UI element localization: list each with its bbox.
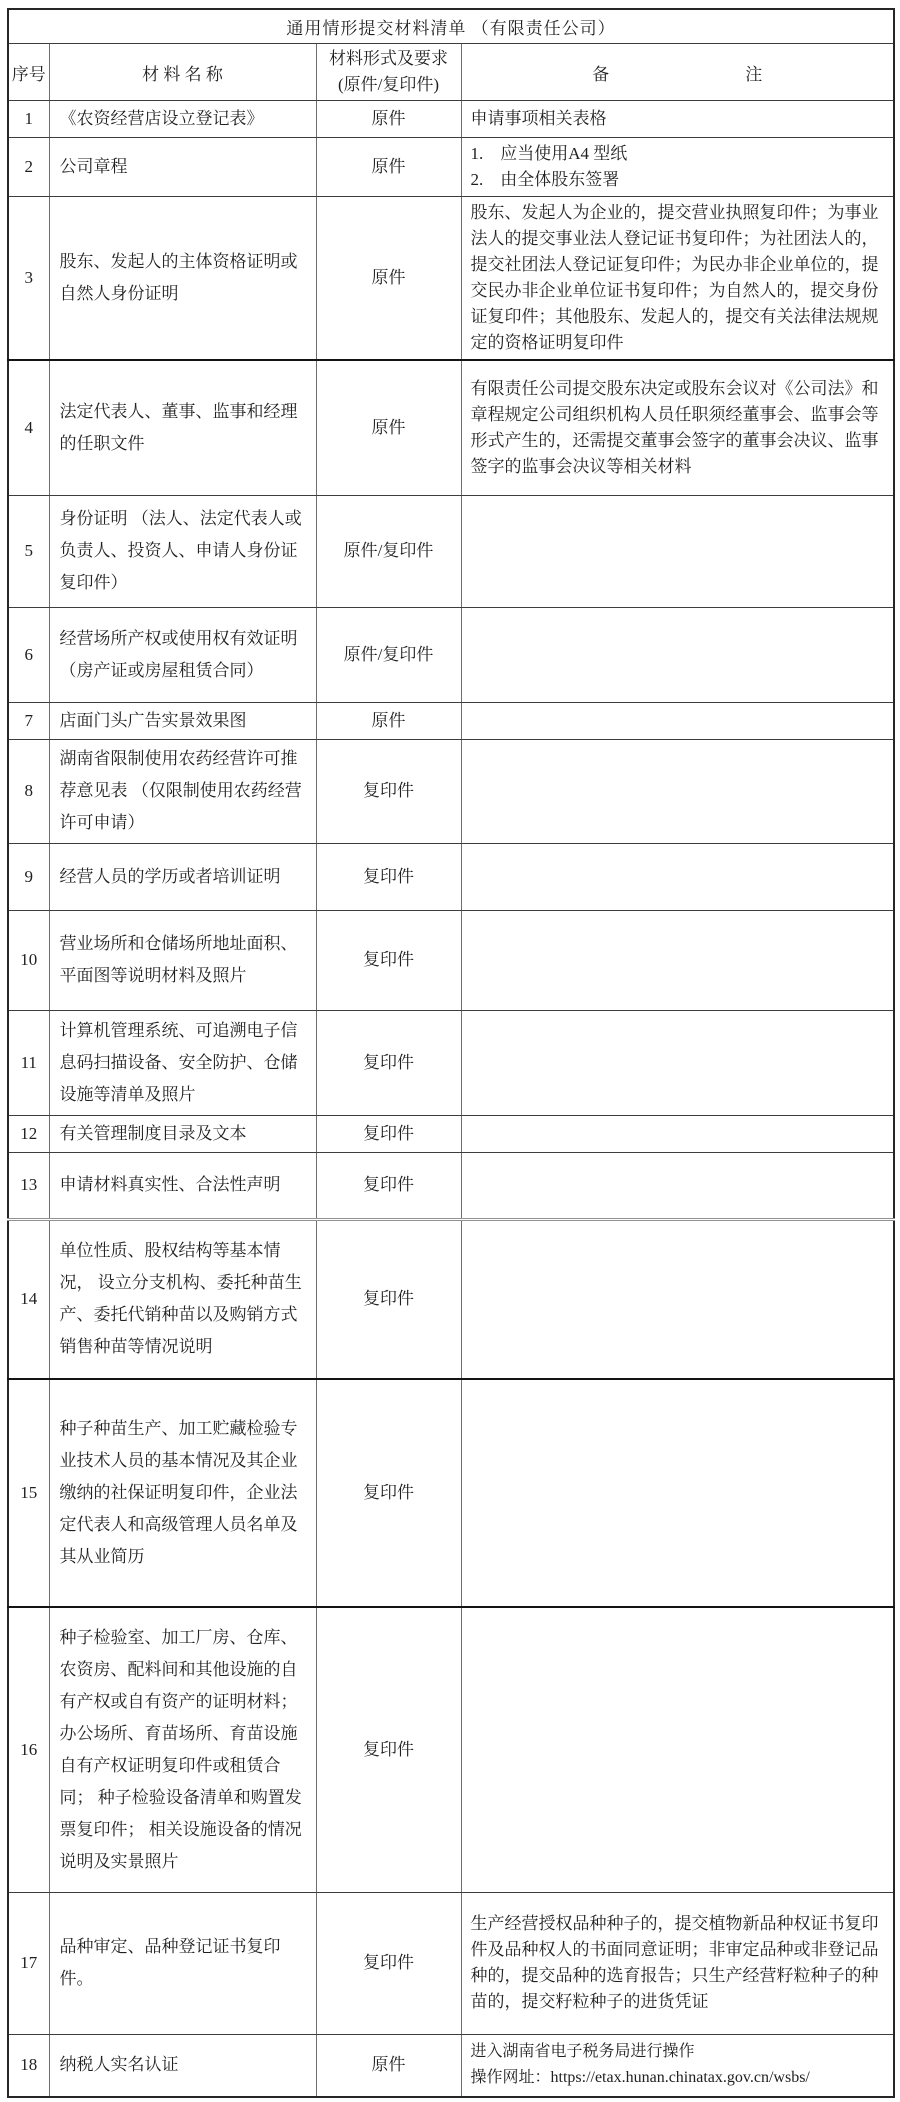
material-name-cell: 经营人员的学历或者培训证明 [49, 843, 316, 910]
material-form-cell: 复印件 [316, 910, 461, 1010]
remark-cell [461, 1010, 894, 1115]
remark-cell: 申请事项相关表格 [461, 101, 894, 138]
material-form-cell: 复印件 [316, 843, 461, 910]
table-row: 13 申请材料真实性、合法性声明 复印件 [8, 1152, 894, 1219]
row-index-cell: 11 [8, 1010, 49, 1115]
table-row: 15 种子种苗生产、加工贮藏检验专业技术人员的基本情况及其企业缴纳的社保证明复印… [8, 1379, 894, 1607]
row-index-cell: 14 [8, 1219, 49, 1379]
remark-cell [461, 1219, 894, 1379]
material-form-cell: 原件 [316, 197, 461, 361]
material-name-cell: 法定代表人、董事、监事和经理的任职文件 [49, 360, 316, 495]
material-name-cell: 单位性质、股权结构等基本情况， 设立分支机构、委托种苗生产、委托代销种苗以及购销… [49, 1219, 316, 1379]
row-index-cell: 18 [8, 2034, 49, 2097]
material-form-cell: 原件/复印件 [316, 607, 461, 702]
material-name-cell: 有关管理制度目录及文本 [49, 1115, 316, 1152]
row-index-cell: 10 [8, 910, 49, 1010]
material-form-cell: 原件 [316, 2034, 461, 2097]
material-name-cell: 营业场所和仓储场所地址面积、平面图等说明材料及照片 [49, 910, 316, 1010]
column-header-name: 材 料 名 称 [49, 44, 316, 101]
row-index-cell: 16 [8, 1607, 49, 1892]
table-row: 3 股东、发起人的主体资格证明或自然人身份证明 原件 股东、发起人为企业的，提交… [8, 197, 894, 361]
material-name-cell: 店面门头广告实景效果图 [49, 702, 316, 739]
document-page: 通用情形提交材料清单 （有限责任公司） 序号 材 料 名 称 材料形式及要求 (… [0, 0, 900, 2102]
table-row: 11 计算机管理系统、可追溯电子信息码扫描设备、安全防护、仓储设施等清单及照片 … [8, 1010, 894, 1115]
remark-cell: 有限责任公司提交股东决定或股东会议对《公司法》和章程规定公司组织机构人员任职须经… [461, 360, 894, 495]
remark-cell [461, 910, 894, 1010]
title-row: 通用情形提交材料清单 （有限责任公司） [8, 9, 894, 44]
row-index-cell: 8 [8, 739, 49, 843]
table-row: 2 公司章程 原件 1. 应当使用A4 型纸 2. 由全体股东签署 [8, 138, 894, 197]
material-form-cell: 原件 [316, 360, 461, 495]
table-row: 12 有关管理制度目录及文本 复印件 [8, 1115, 894, 1152]
material-name-cell: 经营场所产权或使用权有效证明 （房产证或房屋租赁合同） [49, 607, 316, 702]
table-row: 6 经营场所产权或使用权有效证明 （房产证或房屋租赁合同） 原件/复印件 [8, 607, 894, 702]
remark-cell [461, 843, 894, 910]
remark-cell: 生产经营授权品种种子的，提交植物新品种权证书复印件及品种权人的书面同意证明；非审… [461, 1892, 894, 2034]
column-header-form: 材料形式及要求 (原件/复印件) [316, 44, 461, 101]
material-name-cell: 种子检验室、加工厂房、仓库、农资房、配料间和其他设施的自有产权或自有资产的证明材… [49, 1607, 316, 1892]
row-index-cell: 15 [8, 1379, 49, 1607]
row-index-cell: 5 [8, 495, 49, 607]
remark-cell [461, 1115, 894, 1152]
table-row: 18 纳税人实名认证 原件 进入湖南省电子税务局进行操作 操作网址：https:… [8, 2034, 894, 2097]
remark-cell [461, 1152, 894, 1219]
material-name-cell: 身份证明 （法人、法定代表人或负责人、投资人、申请人身份证复印件） [49, 495, 316, 607]
remark-cell [461, 702, 894, 739]
material-form-cell: 复印件 [316, 1010, 461, 1115]
row-index-cell: 3 [8, 197, 49, 361]
material-name-cell: 《农资经营店设立登记表》 [49, 101, 316, 138]
remark-cell: 进入湖南省电子税务局进行操作 操作网址：https://etax.hunan.c… [461, 2034, 894, 2097]
material-form-cell: 原件 [316, 702, 461, 739]
document-title: 通用情形提交材料清单 （有限责任公司） [8, 9, 894, 44]
remark-cell [461, 739, 894, 843]
row-index-cell: 2 [8, 138, 49, 197]
material-name-cell: 品种审定、品种登记证书复印件。 [49, 1892, 316, 2034]
row-index-cell: 17 [8, 1892, 49, 2034]
row-index-cell: 12 [8, 1115, 49, 1152]
table-row: 14 单位性质、股权结构等基本情况， 设立分支机构、委托种苗生产、委托代销种苗以… [8, 1219, 894, 1379]
material-form-cell: 复印件 [316, 1607, 461, 1892]
row-index-cell: 6 [8, 607, 49, 702]
table-row: 9 经营人员的学历或者培训证明 复印件 [8, 843, 894, 910]
remark-cell: 1. 应当使用A4 型纸 2. 由全体股东签署 [461, 138, 894, 197]
column-header-remark: 备 注 [461, 44, 894, 101]
table-row: 4 法定代表人、董事、监事和经理的任职文件 原件 有限责任公司提交股东决定或股东… [8, 360, 894, 495]
column-header-form-line2: (原件/复印件) [321, 72, 457, 98]
table-row: 10 营业场所和仓储场所地址面积、平面图等说明材料及照片 复印件 [8, 910, 894, 1010]
material-form-cell: 复印件 [316, 1152, 461, 1219]
material-name-cell: 公司章程 [49, 138, 316, 197]
table-row: 7 店面门头广告实景效果图 原件 [8, 702, 894, 739]
material-form-cell: 原件 [316, 101, 461, 138]
row-index-cell: 9 [8, 843, 49, 910]
material-form-cell: 复印件 [316, 1219, 461, 1379]
table-row: 16 种子检验室、加工厂房、仓库、农资房、配料间和其他设施的自有产权或自有资产的… [8, 1607, 894, 1892]
material-name-cell: 计算机管理系统、可追溯电子信息码扫描设备、安全防护、仓储设施等清单及照片 [49, 1010, 316, 1115]
column-header-form-line1: 材料形式及要求 [321, 46, 457, 72]
remark-cell [461, 495, 894, 607]
table-row: 17 品种审定、品种登记证书复印件。 复印件 生产经营授权品种种子的，提交植物新… [8, 1892, 894, 2034]
material-form-cell: 原件/复印件 [316, 495, 461, 607]
row-index-cell: 1 [8, 101, 49, 138]
table-row: 1 《农资经营店设立登记表》 原件 申请事项相关表格 [8, 101, 894, 138]
remark-cell [461, 607, 894, 702]
material-name-cell: 股东、发起人的主体资格证明或自然人身份证明 [49, 197, 316, 361]
material-name-cell: 申请材料真实性、合法性声明 [49, 1152, 316, 1219]
remark-cell: 股东、发起人为企业的，提交营业执照复印件；为事业法人的提交事业法人登记证书复印件… [461, 197, 894, 361]
materials-table: 通用情形提交材料清单 （有限责任公司） 序号 材 料 名 称 材料形式及要求 (… [7, 8, 895, 2098]
table-row: 8 湖南省限制使用农药经营许可推荐意见表 （仅限制使用农药经营许可申请） 复印件 [8, 739, 894, 843]
row-index-cell: 7 [8, 702, 49, 739]
remark-cell [461, 1607, 894, 1892]
row-index-cell: 13 [8, 1152, 49, 1219]
material-name-cell: 湖南省限制使用农药经营许可推荐意见表 （仅限制使用农药经营许可申请） [49, 739, 316, 843]
remark-cell [461, 1379, 894, 1607]
material-form-cell: 复印件 [316, 1115, 461, 1152]
material-form-cell: 复印件 [316, 739, 461, 843]
material-form-cell: 复印件 [316, 1379, 461, 1607]
header-row: 序号 材 料 名 称 材料形式及要求 (原件/复印件) 备 注 [8, 44, 894, 101]
material-form-cell: 原件 [316, 138, 461, 197]
column-header-index: 序号 [8, 44, 49, 101]
material-name-cell: 种子种苗生产、加工贮藏检验专业技术人员的基本情况及其企业缴纳的社保证明复印件，企… [49, 1379, 316, 1607]
material-form-cell: 复印件 [316, 1892, 461, 2034]
table-row: 5 身份证明 （法人、法定代表人或负责人、投资人、申请人身份证复印件） 原件/复… [8, 495, 894, 607]
row-index-cell: 4 [8, 360, 49, 495]
material-name-cell: 纳税人实名认证 [49, 2034, 316, 2097]
